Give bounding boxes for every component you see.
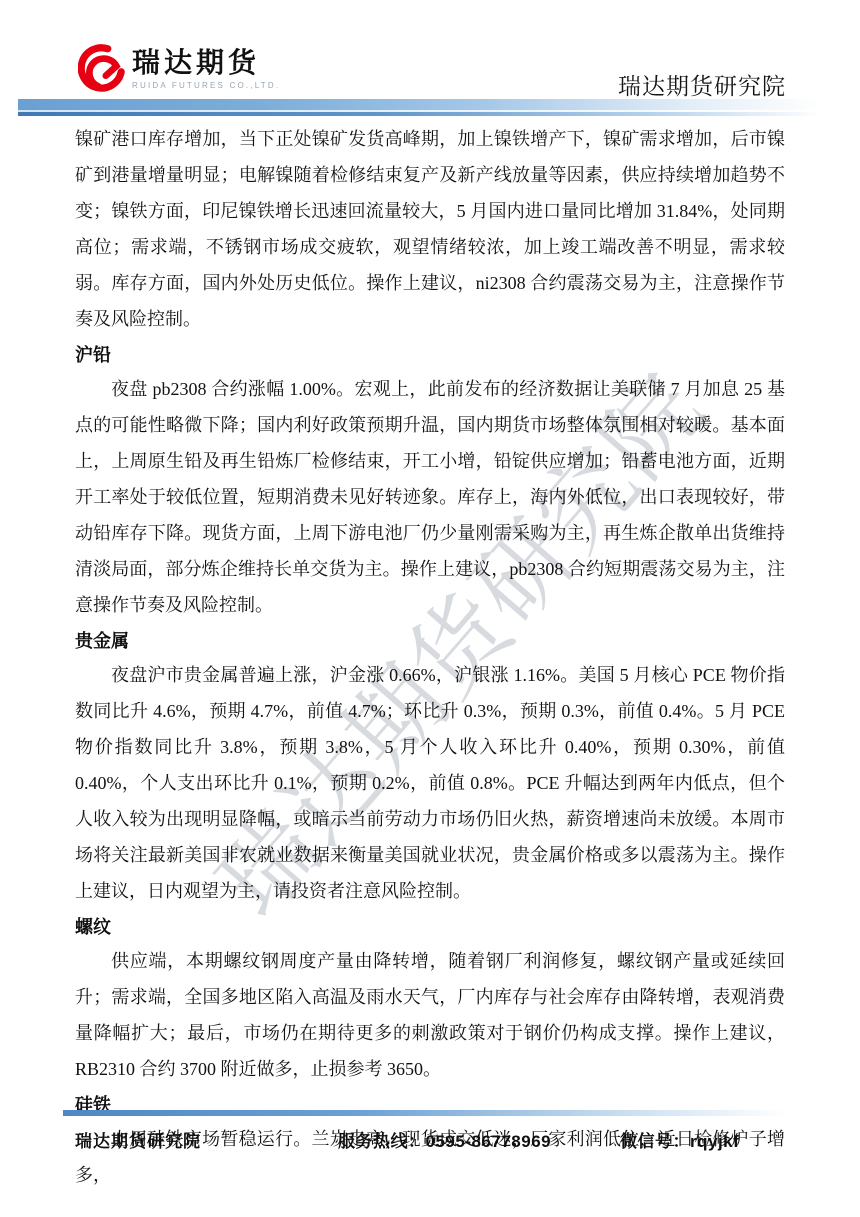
header-institute-title: 瑞达期货研究院 xyxy=(618,68,786,101)
footer-hotline: 服务热线：0595-86778969 xyxy=(338,1127,551,1152)
section-paragraph-gui-jin-shu: 夜盘沪市贵金属普遍上涨，沪金涨 0.66%，沪银涨 1.16%。美国 5 月核心… xyxy=(75,657,785,909)
logo-brand-cn: 瑞达期货 xyxy=(132,48,280,78)
report-page: 瑞达期货研究院 瑞达期货 RUIDA FUTURES CO.,LTD. 瑞达期货… xyxy=(0,0,860,1217)
section-heading-luo-wen: 螺纹 xyxy=(75,917,785,937)
logo-text-block: 瑞达期货 RUIDA FUTURES CO.,LTD. xyxy=(132,48,280,90)
section-paragraph-hu-qian: 夜盘 pb2308 合约涨幅 1.00%。宏观上，此前发布的经济数据让美联储 7… xyxy=(75,371,785,623)
company-logo: 瑞达期货 RUIDA FUTURES CO.,LTD. xyxy=(78,44,280,92)
footer-institute: 瑞达期货研究院 xyxy=(75,1127,201,1152)
footer-divider-bar xyxy=(63,1110,787,1116)
section-paragraph-luo-wen: 供应端，本期螺纹钢周度产量由降转增，随着钢厂利润修复，螺纹钢产量或延续回升；需求… xyxy=(75,943,785,1087)
footer-wechat-id: 微信号：rqyjkf xyxy=(620,1127,739,1152)
header-divider-bar xyxy=(18,99,822,116)
section-heading-gui-jin-shu: 贵金属 xyxy=(75,631,785,651)
report-body: 镍矿港口库存增加，当下正处镍矿发货高峰期，加上镍铁增产下，镍矿需求增加，后市镍矿… xyxy=(75,121,785,1193)
section-heading-hu-qian: 沪铅 xyxy=(75,345,785,365)
footer: 瑞达期货研究院 服务热线：0595-86778969 微信号：rqyjkf xyxy=(0,1127,860,1151)
logo-brand-en: RUIDA FUTURES CO.,LTD. xyxy=(132,81,280,90)
ruida-swirl-icon xyxy=(78,44,126,92)
lead-paragraph: 镍矿港口库存增加，当下正处镍矿发货高峰期，加上镍铁增产下，镍矿需求增加，后市镍矿… xyxy=(75,121,785,337)
header-bar-bottom xyxy=(18,112,822,116)
